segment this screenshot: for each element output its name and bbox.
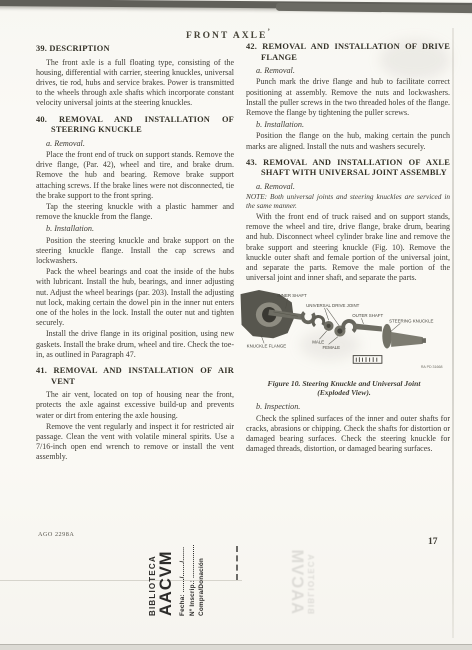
section-42-sub-installation: b. Installation. xyxy=(246,120,450,130)
figure-stamp xyxy=(353,356,382,364)
section-42-paragraph-1: Punch mark the drive flange and hub to f… xyxy=(246,77,450,118)
section-40-paragraph-2: Tap the steering knuckle with a plastic … xyxy=(36,202,234,222)
figure-caption: Figure 10. Steering Knuckle and Universa… xyxy=(238,379,450,398)
label-male: MALE xyxy=(312,340,324,345)
knuckle-spindle xyxy=(391,332,423,347)
footer-reference: AGO 2298A xyxy=(38,531,74,538)
section-43-note: NOTE: Both universal joints and steering… xyxy=(246,193,450,211)
section-39-paragraph: The front axle is a full floating type, … xyxy=(36,58,234,109)
label-universal-drive-joint: UNIVERSAL DRIVE JOINT xyxy=(306,303,360,308)
figure-caption-line2: (Exploded View). xyxy=(238,388,450,397)
scan-edge-top-right xyxy=(276,3,472,13)
section-40-sub-removal: a. Removal. xyxy=(36,139,234,149)
scanned-manual-page: FRONT AXLE’ 39. DESCRIPTION The front ax… xyxy=(0,0,472,650)
column-left: 39. DESCRIPTION The front axle is a full… xyxy=(36,44,234,464)
section-39-heading: 39. DESCRIPTION xyxy=(36,44,234,55)
stamp-date-line: Fecha: ......./......./....... xyxy=(179,532,186,616)
section-41-paragraph-1: The air vent, located on top of housing … xyxy=(36,390,234,421)
label-female: FEMALE xyxy=(322,345,340,350)
column-right: 42. REMOVAL AND INSTALLATION OF DRIVE FL… xyxy=(246,42,450,455)
scan-edge-bottom xyxy=(0,644,472,650)
figure-caption-line1: Figure 10. Steering Knuckle and Universa… xyxy=(238,379,450,388)
figure-10-exploded-view: INNER SHAFT UNIVERSAL DRIVE JOINT KNUCKL… xyxy=(238,288,450,397)
stray-mark: ’ xyxy=(267,27,270,36)
section-41-heading: 41. REMOVAL AND INSTALLATION OF AIR VENT xyxy=(36,366,234,387)
section-42-sub-removal: a. Removal. xyxy=(246,66,450,76)
section-41-paragraph-2: Remove the vent regularly and inspect it… xyxy=(36,422,234,463)
page-title: FRONT AXLE xyxy=(186,31,267,41)
page-fold-line xyxy=(452,28,454,638)
section-42-heading: 42. REMOVAL AND INSTALLATION OF DRIVE FL… xyxy=(246,42,450,63)
stamp-acquisition-line: Compra/Donación xyxy=(198,532,205,616)
library-stamp: BIBLIOTECA AACVM Fecha: ......./......./… xyxy=(148,532,240,616)
ghost-library-label: BIBLIOTECA xyxy=(306,530,315,614)
section-40-paragraph-5: Install the drive flange in its original… xyxy=(36,329,234,360)
figure-10-drawing: INNER SHAFT UNIVERSAL DRIVE JOINT KNUCKL… xyxy=(238,288,450,372)
stamp-acronym: AACVM xyxy=(157,532,176,616)
stamp-bleedthrough-ghost: BIBLIOTECA AACVM xyxy=(255,530,315,614)
section-43-paragraph-2: Check the splined surfaces of the inner … xyxy=(246,414,450,455)
section-43-sub-inspection: b. Inspection. xyxy=(246,402,450,412)
joint-male-center xyxy=(327,324,331,328)
section-42-paragraph-2: Position the flange on the hub, making c… xyxy=(246,131,450,151)
label-inner-shaft: INNER SHAFT xyxy=(277,294,307,299)
spindle-tip xyxy=(422,339,426,344)
figure-ref-number: RA PD 31668 xyxy=(421,365,443,369)
knuckle-flange-disc xyxy=(382,324,391,349)
outer-shaft xyxy=(353,324,382,332)
section-40-paragraph-1: Place the front end of truck on support … xyxy=(36,150,234,201)
section-43-sub-removal: a. Removal. xyxy=(246,182,450,192)
label-outer-shaft: OUTER SHAFT xyxy=(352,314,383,319)
stamp-inscription-line: Nº Inscrip.: ................. xyxy=(189,532,196,616)
section-40-heading: 40. REMOVAL AND INSTALLATION OF STEERING… xyxy=(36,115,234,136)
ghost-acronym: AACVM xyxy=(287,530,306,614)
stamp-library-label: BIBLIOTECA xyxy=(148,532,157,616)
page-number: 17 xyxy=(428,537,438,547)
section-40-sub-installation: b. Installation. xyxy=(36,224,234,234)
stamp-dotted-line xyxy=(236,546,238,580)
section-40-paragraph-3: Position the steering knuckle and brake … xyxy=(36,236,234,267)
label-steering-knuckle: STEERING KNUCKLE xyxy=(389,319,433,324)
section-43-paragraph-1: With the front end of truck raised and o… xyxy=(246,212,450,283)
section-43-heading: 43. REMOVAL AND INSTALLATION OF AXLE SHA… xyxy=(246,158,450,179)
section-40-paragraph-4: Pack the wheel bearings and coat the ins… xyxy=(36,267,234,328)
label-knuckle-flange: KNUCKLE FLANGE xyxy=(247,344,287,349)
page-header: FRONT AXLE’ xyxy=(0,27,456,41)
